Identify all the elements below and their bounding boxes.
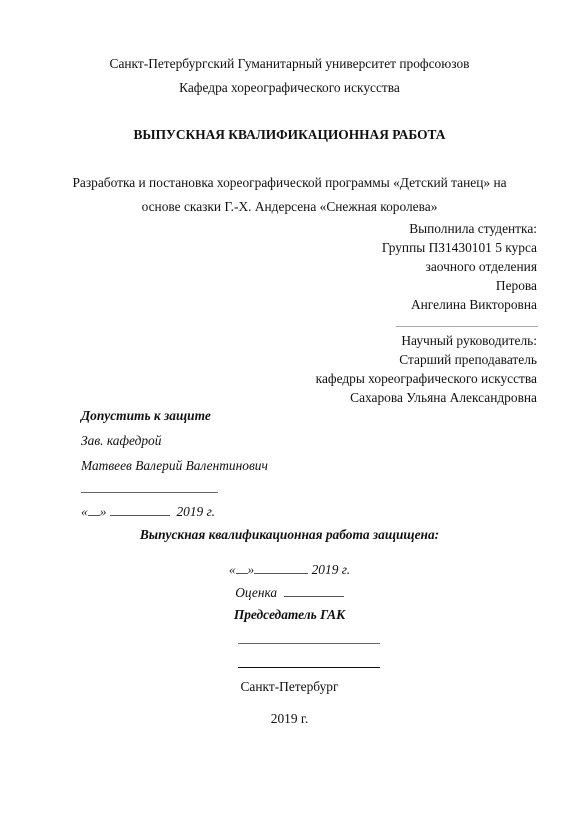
date-open-quote: «	[229, 562, 236, 577]
defense-date: «» 2019 г.	[0, 561, 579, 578]
grade-row: Оценка	[0, 584, 579, 601]
admission-date: «» 2019 г.	[81, 503, 215, 520]
topic-line-1: Разработка и постановка хореографической…	[0, 175, 579, 191]
date-close-quote: »	[248, 562, 255, 577]
date-close-quote: »	[100, 504, 107, 519]
chair-signature-line-1	[238, 643, 380, 644]
grade-blank	[284, 584, 344, 597]
student-surname: Перова	[496, 278, 537, 294]
document-title: ВЫПУСКНАЯ КВАЛИФИКАЦИОННАЯ РАБОТА	[0, 127, 579, 143]
admission-year: 2019 г.	[176, 504, 215, 519]
admission-label: Допустить к защите	[81, 408, 211, 424]
defense-year: 2019 г.	[312, 562, 351, 577]
head-title: Зав. кафедрой	[81, 433, 161, 449]
supervisor-name: Сахарова Ульяна Александровна	[350, 390, 537, 406]
chair-signature-line-2	[238, 667, 380, 668]
month-blank	[110, 503, 170, 516]
student-form: заочного отделения	[426, 259, 537, 275]
student-label: Выполнила студентка:	[409, 221, 537, 237]
department-name: Кафедра хореографического искусства	[0, 80, 579, 96]
grade-label: Оценка	[235, 585, 277, 600]
chair-label: Председатель ГАК	[0, 607, 579, 623]
head-name: Матвеев Валерий Валентинович	[81, 458, 268, 474]
head-signature-line	[81, 492, 218, 493]
day-blank	[236, 561, 248, 574]
supervisor-department: кафедры хореографического искусства	[316, 371, 537, 387]
defense-label: Выпускная квалификационная работа защище…	[0, 527, 579, 543]
month-blank	[254, 561, 308, 574]
year: 2019 г.	[0, 711, 579, 727]
university-name: Санкт-Петербургский Гуманитарный универс…	[0, 56, 579, 72]
city: Санкт-Петербург	[0, 679, 579, 695]
student-signature-line	[396, 326, 538, 327]
date-open-quote: «	[81, 504, 88, 519]
student-group: Группы ПЗ1430101 5 курса	[382, 240, 537, 256]
topic-line-2: основе сказки Г.-Х. Андерсена «Снежная к…	[0, 199, 579, 215]
supervisor-position: Старший преподаватель	[399, 352, 537, 368]
supervisor-label: Научный руководитель:	[401, 333, 537, 349]
student-name: Ангелина Викторовна	[411, 297, 537, 313]
day-blank	[88, 503, 100, 516]
